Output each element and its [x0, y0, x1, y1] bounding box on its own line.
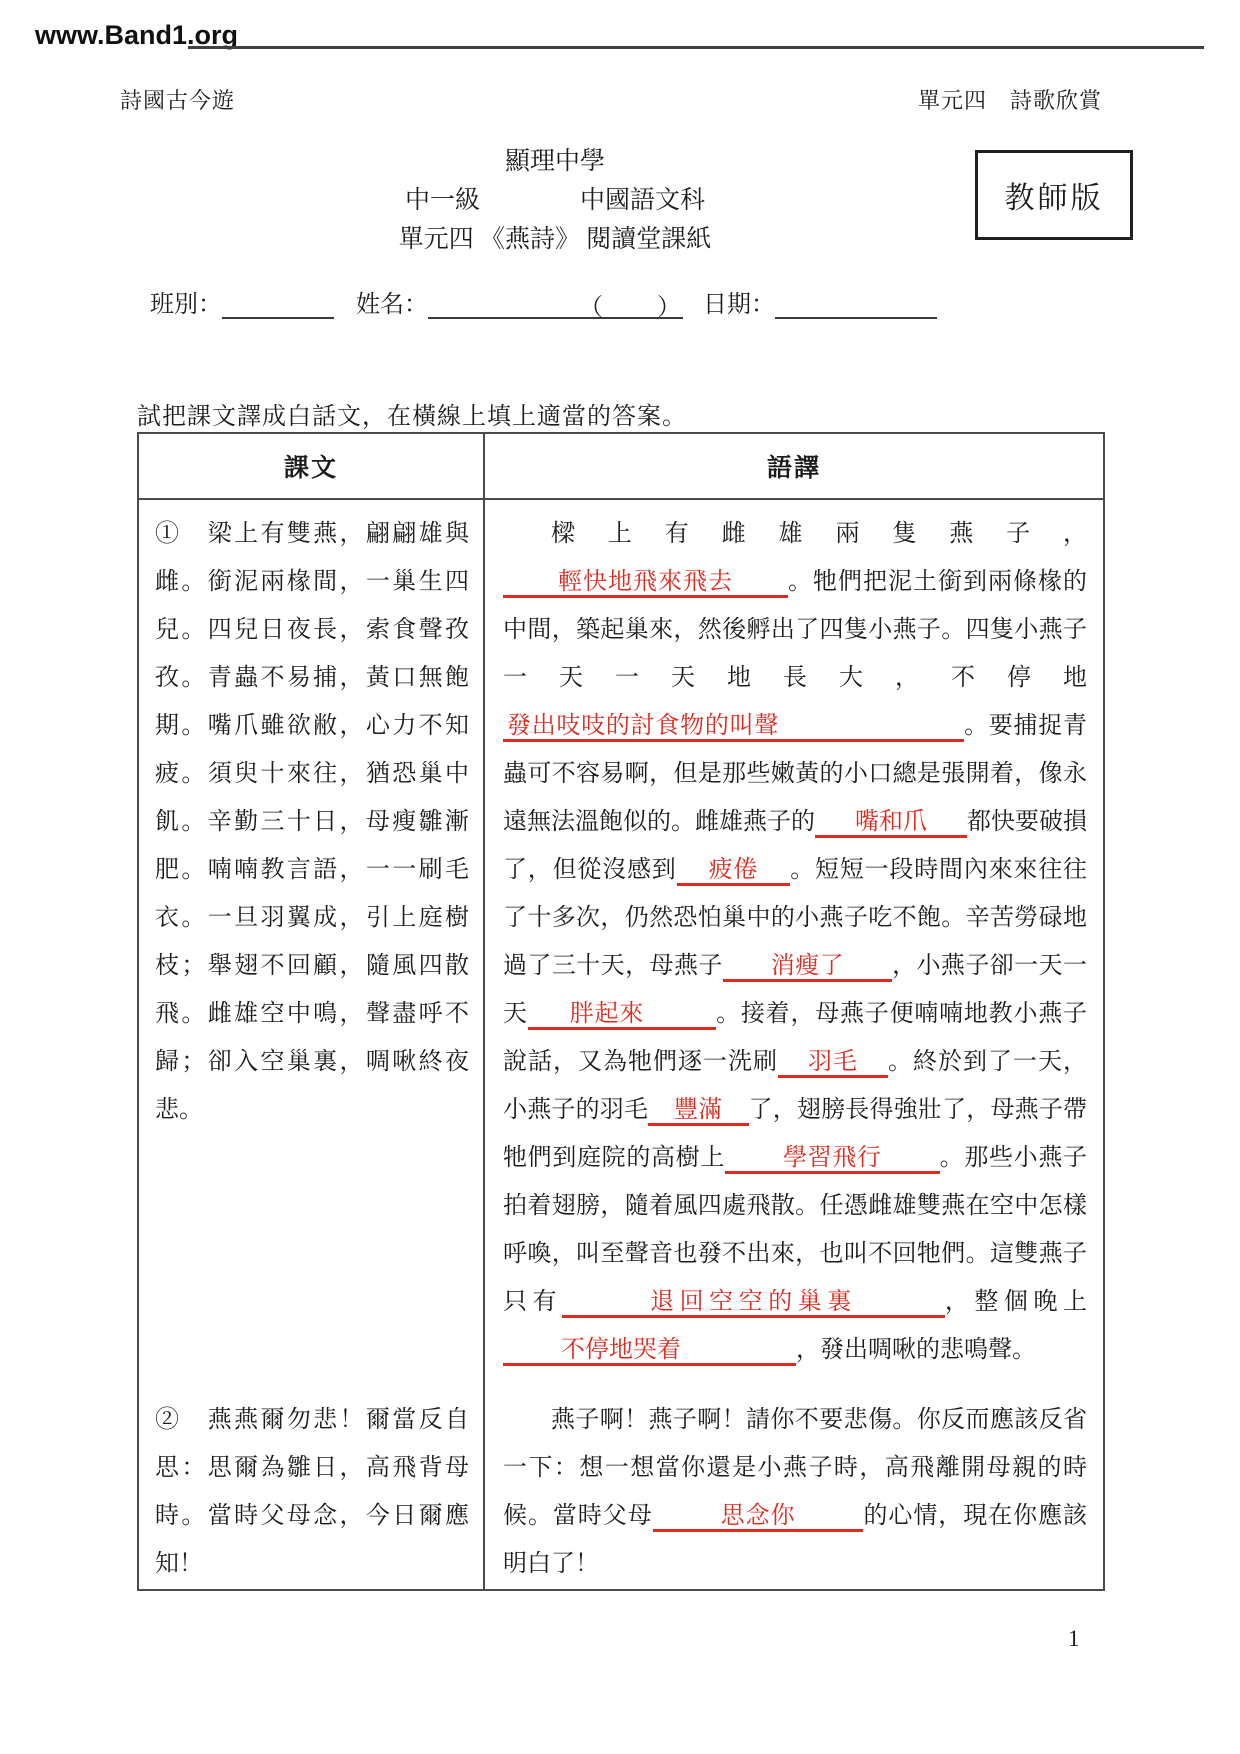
- doc-header-left: 詩國古今遊: [120, 84, 235, 115]
- col-header-translation: 語譯: [485, 434, 1103, 498]
- translation-text: ，整個晚上: [945, 1289, 1087, 1315]
- name-label: 姓名：: [356, 292, 428, 318]
- source-paragraph-1: ① 梁上有雙燕，翩翩雄與雌。銜泥兩椽間，一巢生四兒。四兒日夜長，索食聲孜孜。青蟲…: [155, 510, 469, 1134]
- name-input[interactable]: （ ）: [428, 287, 683, 319]
- translation-table: 課文 語譯 ① 梁上有雙燕，翩翩雄與雌。銜泥兩椽間，一巢生四兒。四兒日夜長，索食…: [137, 432, 1105, 1591]
- instruction-text: 試把課文譯成白話文，在橫線上填上適當的答案。: [137, 396, 687, 431]
- page-number: 1: [1068, 1626, 1080, 1652]
- answer-blank-9: 學習飛行: [725, 1145, 940, 1174]
- translation-paragraph-1: 樑上有雌雄兩隻燕子，輕快地飛來飛去。牠們把泥土銜到兩條椽的中間，築起巢來，然後孵…: [503, 510, 1087, 1374]
- answer-blank-8: 豐滿: [648, 1097, 748, 1126]
- answer-blank-12: 思念你: [653, 1503, 864, 1532]
- answer-blank-5: 消瘦了: [723, 953, 892, 982]
- school-name: 顯理中學: [0, 142, 1110, 181]
- date-input[interactable]: [775, 287, 937, 319]
- doc-header-right: 單元四 詩歌欣賞: [918, 84, 1102, 115]
- answer-blank-1: 輕快地飛來飛去: [503, 569, 788, 598]
- answer-blank-4: 疲倦: [677, 857, 791, 886]
- class-label: 班別：: [150, 292, 222, 318]
- teacher-edition-badge: 教師版: [975, 150, 1133, 240]
- answer-blank-3: 嘴和爪: [815, 809, 967, 838]
- translation-text: 樑上有雌雄兩隻燕子，: [551, 521, 1087, 547]
- answer-blank-11: 不停地哭着: [503, 1337, 796, 1366]
- answer-blank-7: 羽毛: [778, 1049, 888, 1078]
- title-block: 顯理中學 中一級 中國語文科 單元四 《燕詩》 閱讀堂課紙: [0, 142, 1110, 259]
- teacher-edition-label: 教師版: [1005, 173, 1104, 217]
- source-paragraph-2: ② 燕燕爾勿悲！爾當反自思：思爾為雛日，高飛背母時。當時父母念，今日爾應知！: [155, 1396, 469, 1588]
- class-input[interactable]: [222, 287, 334, 319]
- student-info-line: 班別：姓名：（ ）日期：: [150, 284, 937, 319]
- class-number-parens: （ ）: [579, 295, 683, 321]
- title-grade-subject: 中一級 中國語文科: [0, 181, 1110, 220]
- translation-cell: 樑上有雌雄兩隻燕子，輕快地飛來飛去。牠們把泥土銜到兩條椽的中間，築起巢來，然後孵…: [485, 500, 1103, 1589]
- source-cell: ① 梁上有雙燕，翩翩雄與雌。銜泥兩椽間，一巢生四兒。四兒日夜長，索食聲孜孜。青蟲…: [139, 500, 485, 1589]
- translation-text: ，發出啁啾的悲鳴聲。: [796, 1337, 1036, 1363]
- col-header-source: 課文: [139, 434, 485, 498]
- table-body-row: ① 梁上有雙燕，翩翩雄與雌。銜泥兩椽間，一巢生四兒。四兒日夜長，索食聲孜孜。青蟲…: [139, 500, 1103, 1589]
- answer-blank-6: 胖起來: [528, 1001, 716, 1030]
- worksheet-page: www.Band1.org 詩國古今遊 單元四 詩歌欣賞 顯理中學 中一級 中國…: [0, 0, 1240, 1754]
- table-header-row: 課文 語譯: [139, 434, 1103, 500]
- date-label: 日期：: [703, 292, 775, 318]
- title-unit: 單元四 《燕詩》 閱讀堂課紙: [0, 220, 1110, 259]
- answer-blank-10: 退回空空的巢裏: [562, 1289, 945, 1318]
- answer-blank-2: 發出吱吱的討食物的叫聲: [503, 713, 964, 742]
- translation-paragraph-2: 燕子啊！燕子啊！請你不要悲傷。你反而應該反省一下：想一想當你還是小燕子時，高飛離…: [503, 1396, 1087, 1588]
- header-rule: [188, 46, 1204, 49]
